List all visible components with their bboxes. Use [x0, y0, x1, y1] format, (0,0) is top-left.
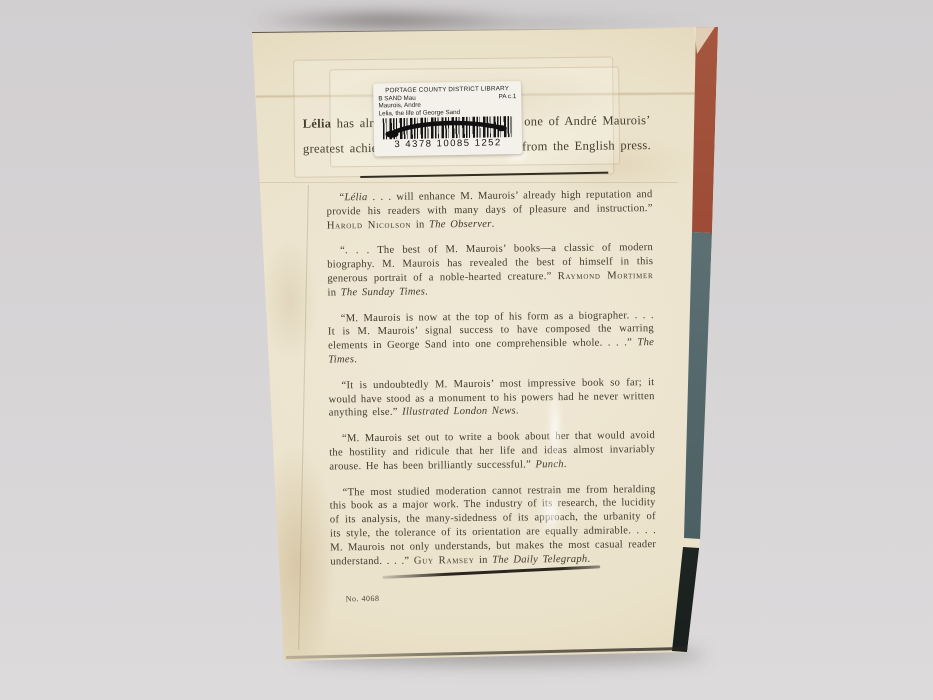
- plastic-glare: [538, 487, 565, 537]
- review-segment: .: [587, 553, 590, 564]
- review-segment: The Sunday Times: [341, 286, 425, 298]
- review-segment: .: [354, 354, 357, 365]
- review-segment: The Observer: [429, 218, 492, 230]
- cast-shadow: [248, 8, 518, 32]
- review-paragraph: “. . . The best of M. Maurois’ books—a c…: [327, 241, 654, 300]
- intro-line-1-left: Lélia has alre: [303, 111, 380, 137]
- copy-code: PA c.1: [499, 93, 517, 101]
- review-segment: Harold Nicolson: [327, 219, 412, 231]
- review-segment: .: [492, 218, 495, 229]
- intro-line-2-left: greatest achiev: [303, 136, 384, 162]
- review-segment: .: [516, 406, 519, 417]
- library-label: PORTAGE COUNTY DISTRICT LIBRARY B SAND M…: [373, 81, 522, 157]
- review-paragraph: “M. Maurois is now at the top of his for…: [328, 309, 655, 368]
- cover-content: Lélia has alre as one of André Maurois’ …: [0, 0, 933, 700]
- review-segment: “M. Maurois is now at the top of his for…: [328, 310, 654, 352]
- reviews-list: “Lélia . . . will enhance M. Maurois’ al…: [326, 188, 656, 581]
- review-segment: . . . will enhance M. Maurois’ already h…: [327, 189, 653, 217]
- review-segment: Illustrated London News: [402, 406, 516, 418]
- review-segment: .: [425, 286, 428, 297]
- review-segment: in: [411, 219, 429, 230]
- review-segment: Lélia: [344, 192, 367, 203]
- intro-line-2-right: from the English press.: [522, 133, 651, 159]
- review-segment: .: [564, 459, 567, 470]
- book-title-word: Lélia: [303, 116, 332, 130]
- review-paragraph: “M. Maurois set out to write a book abou…: [329, 429, 655, 474]
- review-segment: The Daily Telegraph: [492, 553, 587, 565]
- review-paragraph: “It is undoubtedly M. Maurois’ most impr…: [328, 376, 654, 421]
- review-segment: Guy Ramsey: [414, 554, 475, 566]
- stock-number: No. 4068: [346, 594, 380, 603]
- review-segment: in: [327, 287, 340, 298]
- review-segment: Raymond Mortimer: [558, 270, 654, 282]
- intro-line-1-right: as one of André Maurois’: [508, 108, 651, 134]
- barcode: [383, 116, 513, 139]
- review-segment: “M. Maurois set out to write a book abou…: [329, 430, 655, 472]
- barcode-marker-swoosh: [383, 116, 513, 139]
- review-segment: in: [474, 554, 492, 565]
- book-back-cover: Lélia has alre as one of André Maurois’ …: [0, 0, 933, 700]
- review-paragraph: “Lélia . . . will enhance M. Maurois’ al…: [326, 188, 652, 233]
- review-paragraph: “The most studied moderation cannot rest…: [330, 483, 657, 569]
- photo-stage: Lélia has alre as one of André Maurois’ …: [0, 0, 933, 700]
